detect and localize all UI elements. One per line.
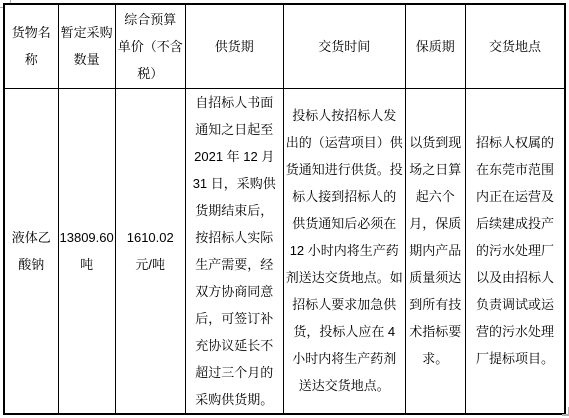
table-row: 液体乙 酸钠 13809.60 吨 1610.02 元/吨 自招标人书面 通知之…	[4, 88, 565, 414]
table-header-row: 货物名 称 暂定采购 数量 综合预算 单价（不含 税） 供货期 交货时间 保质期…	[4, 4, 565, 88]
header-unit-price: 综合预算 单价（不含 税）	[115, 4, 185, 88]
header-goods-name: 货物名 称	[4, 4, 58, 88]
cell-unit-price: 1610.02 元/吨	[115, 88, 185, 414]
table-resize-handle-artifact	[562, 407, 569, 416]
header-delivery-location: 交货地点	[465, 4, 565, 88]
header-supply-period: 供货期	[185, 4, 283, 88]
cell-quantity: 13809.60 吨	[58, 88, 115, 414]
cell-delivery-location: 招标人权属的 在东莞市范围 内正在运营及 后续建成投产 的污水处理厂 以及由招标…	[465, 88, 565, 414]
document-page: 货物名 称 暂定采购 数量 综合预算 单价（不含 税） 供货期 交货时间 保质期…	[0, 0, 569, 418]
header-delivery-time: 交货时间	[283, 4, 405, 88]
cell-supply-period: 自招标人书面 通知之日起至 2021 年 12 月 31 日，采购供 货期结束后…	[185, 88, 283, 414]
header-shelf-life: 保质期	[405, 4, 465, 88]
cell-shelf-life: 以货到现 场之日算 起六个 月，保质 期内产品 质量须达 到所有技 术指标要 求…	[405, 88, 465, 414]
cell-delivery-time: 投标人按招标人发 出的（运营项目）供 货通知进行供货。投 标人接到招标人的 供货…	[283, 88, 405, 414]
cell-goods-name: 液体乙 酸钠	[4, 88, 58, 414]
procurement-table: 货物名 称 暂定采购 数量 综合预算 单价（不含 税） 供货期 交货时间 保质期…	[3, 3, 566, 415]
header-quantity: 暂定采购 数量	[58, 4, 115, 88]
